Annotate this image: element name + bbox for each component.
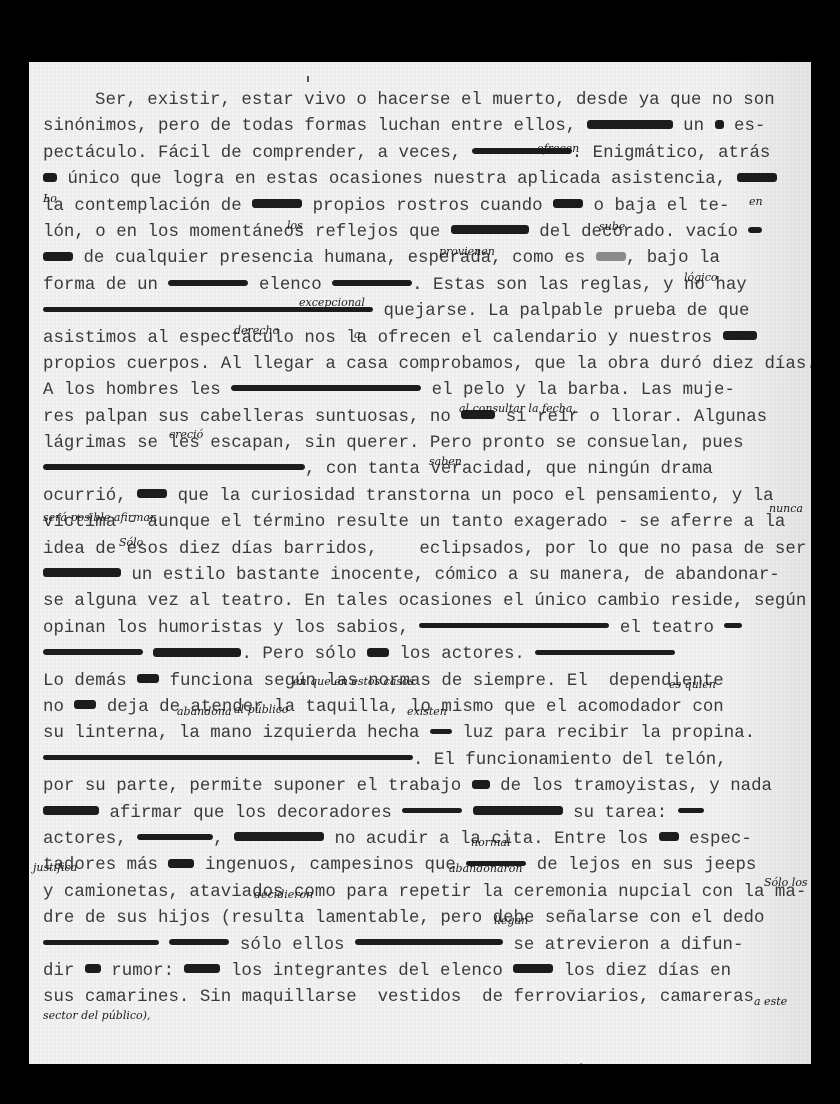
text-line: la contemplación de propios rostros cuan… [43,194,808,220]
handwritten-annotation: al consultar la fecha, [459,402,576,415]
strikeout [184,964,220,973]
strikeout [43,649,143,655]
strikeout [715,120,724,129]
text-line: víctima - aunque el término resulte un t… [43,510,808,536]
typed-text: propios cuerpos. Al llegar a casa compro… [43,355,811,374]
strikeout [43,755,413,760]
handwritten-annotation: a este [754,995,787,1008]
text-line: pectáculo. Fácil de comprender, a veces,… [43,141,808,167]
strikeout [252,199,302,208]
text-line: opinan los humoristas y los sabios, el t… [43,616,808,642]
handwritten-annotation: ofrecen [537,142,579,155]
typed-text: único que logra en estas ocasiones nuest… [57,170,737,189]
handwritten-annotation: abandona [177,705,232,718]
typed-text: de cualquier presencia humana, esperada,… [73,249,596,268]
typewritten-text: Ser, existir, estar vivo o hacerse el mu… [43,88,808,1012]
handwritten-annotation: en que en estos casos [293,675,414,688]
strikeout [430,729,452,734]
typed-text: luz para recibir la propina. [452,724,755,743]
handwritten-annotation: Lo [43,192,57,205]
strikeout [168,280,248,286]
text-line: idea de esos diez días barridos, eclipsa… [43,537,808,563]
strikeout [168,859,194,868]
handwritten-annotation: sube [599,220,625,233]
typed-text: dir [43,962,85,981]
text-line: tadores más ingenuos, campesinos que de … [43,853,808,879]
text-line: , con tanta veracidad, que ningún drama [43,457,808,483]
typed-text: afirmar que los decoradores [99,804,402,823]
strikeout [169,939,229,945]
handwritten-annotation: excepcional [299,296,365,309]
strikeout [513,964,553,973]
handwritten-annotation: abandonaron [449,862,523,875]
handwritten-annotation: llegan [494,914,528,927]
strikeout [678,808,704,813]
typed-text: sinónimos, pero de todas formas luchan e… [43,117,587,136]
typed-text: no [43,698,74,717]
handwritten-annotation: saben [429,455,462,468]
strikeout [473,806,563,815]
handwritten-annotation: normal [471,836,510,849]
typed-text: res palpan sus cabelleras suntuosas, no [43,408,461,427]
text-line: actores, , no acudir a la cita. Entre lo… [43,827,808,853]
handwritten-annotation: Sólo [119,536,143,549]
strikeout [659,832,679,841]
text-line: lón, o en los momentáneos reflejos que d… [43,220,808,246]
handwritten-annotation: decidieron [254,888,313,901]
typed-text: los actores. [389,645,535,664]
typed-text: . El funcionamiento del telón, [413,751,727,770]
handwritten-annotation: sector del público), [43,1009,150,1022]
text-line: res palpan sus cabelleras suntuosas, no … [43,405,808,431]
handwritten-annotation: al público [234,703,289,716]
strikeout [43,252,73,261]
strikeout [587,120,673,129]
typed-text: actores, [43,830,137,849]
text-line: de cualquier presencia humana, esperada,… [43,246,808,272]
strikeout [137,489,167,498]
text-line: sólo ellos se atrevieron a difun- [43,933,808,959]
strikeout [137,674,159,683]
handwritten-annotation: será posible afirmar, [43,511,158,524]
strikeout [234,832,324,841]
handwritten-annotation: a [354,328,361,341]
text-line: afirmar que los decoradores su tarea: [43,801,808,827]
typed-text: un estilo bastante inocente, cómico a su… [121,566,780,585]
handwritten-annotation: en [749,195,763,208]
typed-text: su tarea: [563,804,678,823]
text-line: . El funcionamiento del telón, [43,748,808,774]
typed-text: Lo demás [43,672,137,691]
typed-text: funciona según las normas de siempre. El… [159,672,724,691]
handwritten-annotation: justifica [33,861,77,874]
text-line: su linterna, la mano izquierda hecha luz… [43,721,808,747]
handwritten-annotation: nunca [769,502,803,515]
typed-text: . Pero sólo [241,645,366,664]
strikeout [74,700,96,709]
text-line: A los hombres les el pelo y la barba. La… [43,378,808,404]
strikeout [402,808,462,813]
typed-text: sólo ellos [229,936,354,955]
typed-text: es- [724,117,766,136]
typed-text: y camionetas, ataviados como para repeti… [43,883,806,902]
strikeout [43,464,305,470]
typed-text: que la curiosidad transtorna un poco el … [167,487,773,506]
typed-text: forma de un [43,276,168,295]
text-line: por su parte, permite suponer el trabajo… [43,774,808,800]
strikeout [231,385,421,391]
strikeout [472,780,490,789]
text-line: sinónimos, pero de todas formas luchan e… [43,114,808,140]
strikeout [596,252,626,261]
typed-text: o baja el te- [583,197,729,216]
text-line: . Pero sólo los actores. [43,642,808,668]
text-line: único que logra en estas ocasiones nuest… [43,167,808,193]
typed-text: el teatro [609,619,724,638]
typed-text: los diez días en [553,962,731,981]
strikeout [367,648,389,657]
typed-text: dre de sus hijos (resulta lamentable, pe… [43,909,775,928]
text-line: ocurrió, que la curiosidad transtorna un… [43,484,808,510]
typed-text: lágrimas se les escapan, sin querer. Per… [43,434,744,453]
handwritten-annotation: creció [169,428,203,441]
typed-text: por su parte, permite suponer el trabajo [43,777,472,796]
strikeout [43,173,57,182]
text-line: Ser, existir, estar vivo o hacerse el mu… [43,88,808,114]
typed-text: los integrantes del elenco [220,962,513,981]
typed-text: se atrevieron a difun- [503,936,744,955]
strikeout [723,331,757,340]
typed-text: el pelo y la barba. Las muje- [421,381,735,400]
typed-text: propios rostros cuando [302,197,553,216]
strikeout [553,199,583,208]
strikeout [153,648,241,657]
handwritten-annotation: (murmuraron), durante, permanecen [489,1062,696,1064]
text-line: lágrimas se les escapan, sin querer. Per… [43,431,808,457]
typed-text: ocurrió, [43,487,137,506]
strikeout [748,227,762,233]
typed-text: del decorado. vacío [529,223,749,242]
text-line: quejarse. La palpable prueba de que [43,299,808,325]
text-line: propios cuerpos. Al llegar a casa compro… [43,352,808,378]
text-line: se alguna vez al teatro. En tales ocasio… [43,589,808,615]
typed-text: se alguna vez al teatro. En tales ocasio… [43,592,806,611]
strikeout [737,173,777,182]
strikeout [535,650,675,655]
strikeout [85,964,101,973]
handwritten-annotation: lógico [684,271,717,284]
typed-text: la contemplación de [43,197,252,216]
text-line: dre de sus hijos (resulta lamentable, pe… [43,906,808,932]
page-mark [307,76,309,82]
typed-text: de lejos en sus jeeps [526,856,756,875]
typed-text: de los tramoyistas, y nada [490,777,772,796]
typed-text: lón, o en los momentáneos reflejos que [43,223,451,242]
text-line: dir rumor: los integrantes del elenco lo… [43,959,808,985]
handwritten-annotation: es quien [669,678,716,691]
strikeout [355,939,503,945]
strikeout [332,280,412,286]
strikeout [43,568,121,577]
strikeout [724,623,742,628]
strikeout [419,623,609,628]
text-line: un estilo bastante inocente, cómico a su… [43,563,808,589]
typed-text: A los hombres les [43,381,231,400]
text-line: asistimos al espectáculo nos la ofrecen … [43,326,808,352]
typed-text: Ser, existir, estar vivo o hacerse el mu… [95,91,775,110]
text-line: sus camarines. Sin maquillarse vestidos … [43,985,808,1011]
handwritten-annotation: los [287,219,303,232]
strikeout [43,806,99,815]
typed-text: elenco [248,276,332,295]
handwritten-annotation: un rumor necio [77,1062,163,1064]
typed-text: quejarse. La palpable prueba de que [373,302,749,321]
handwritten-annotation: Sólo los [764,876,808,889]
typed-text: pectáculo. Fácil de comprender, a veces, [43,144,472,163]
typed-text: idea de esos diez días barridos, eclipsa… [43,540,806,559]
text-line: y camionetas, ataviados como para repeti… [43,880,808,906]
typed-text: ingenuos, campesinos que [194,856,466,875]
typed-text: opinan los humoristas y los sabios, [43,619,419,638]
strikeout [451,225,529,234]
typed-text: su linterna, la mano izquierda hecha [43,724,430,743]
handwritten-annotation: derecho [234,324,279,337]
typed-text: rumor: [101,962,185,981]
handwritten-annotation: provienen [439,245,495,258]
typed-text: . Enigmático, atrás [572,144,771,163]
handwritten-annotation: existen [407,705,447,718]
typed-text: , bajo la [626,249,720,268]
manuscript-page: Ser, existir, estar vivo o hacerse el mu… [29,62,811,1064]
typed-text: asistimos al espectáculo nos la ofrecen … [43,329,723,348]
typed-text: un [673,117,715,136]
typed-text: , con tanta veracidad, que ningún drama [305,460,723,479]
strikeout [43,940,159,945]
typed-text: sus camarines. Sin maquillarse vestidos … [43,988,754,1007]
strikeout [137,834,213,840]
typed-text: espec- [679,830,752,849]
